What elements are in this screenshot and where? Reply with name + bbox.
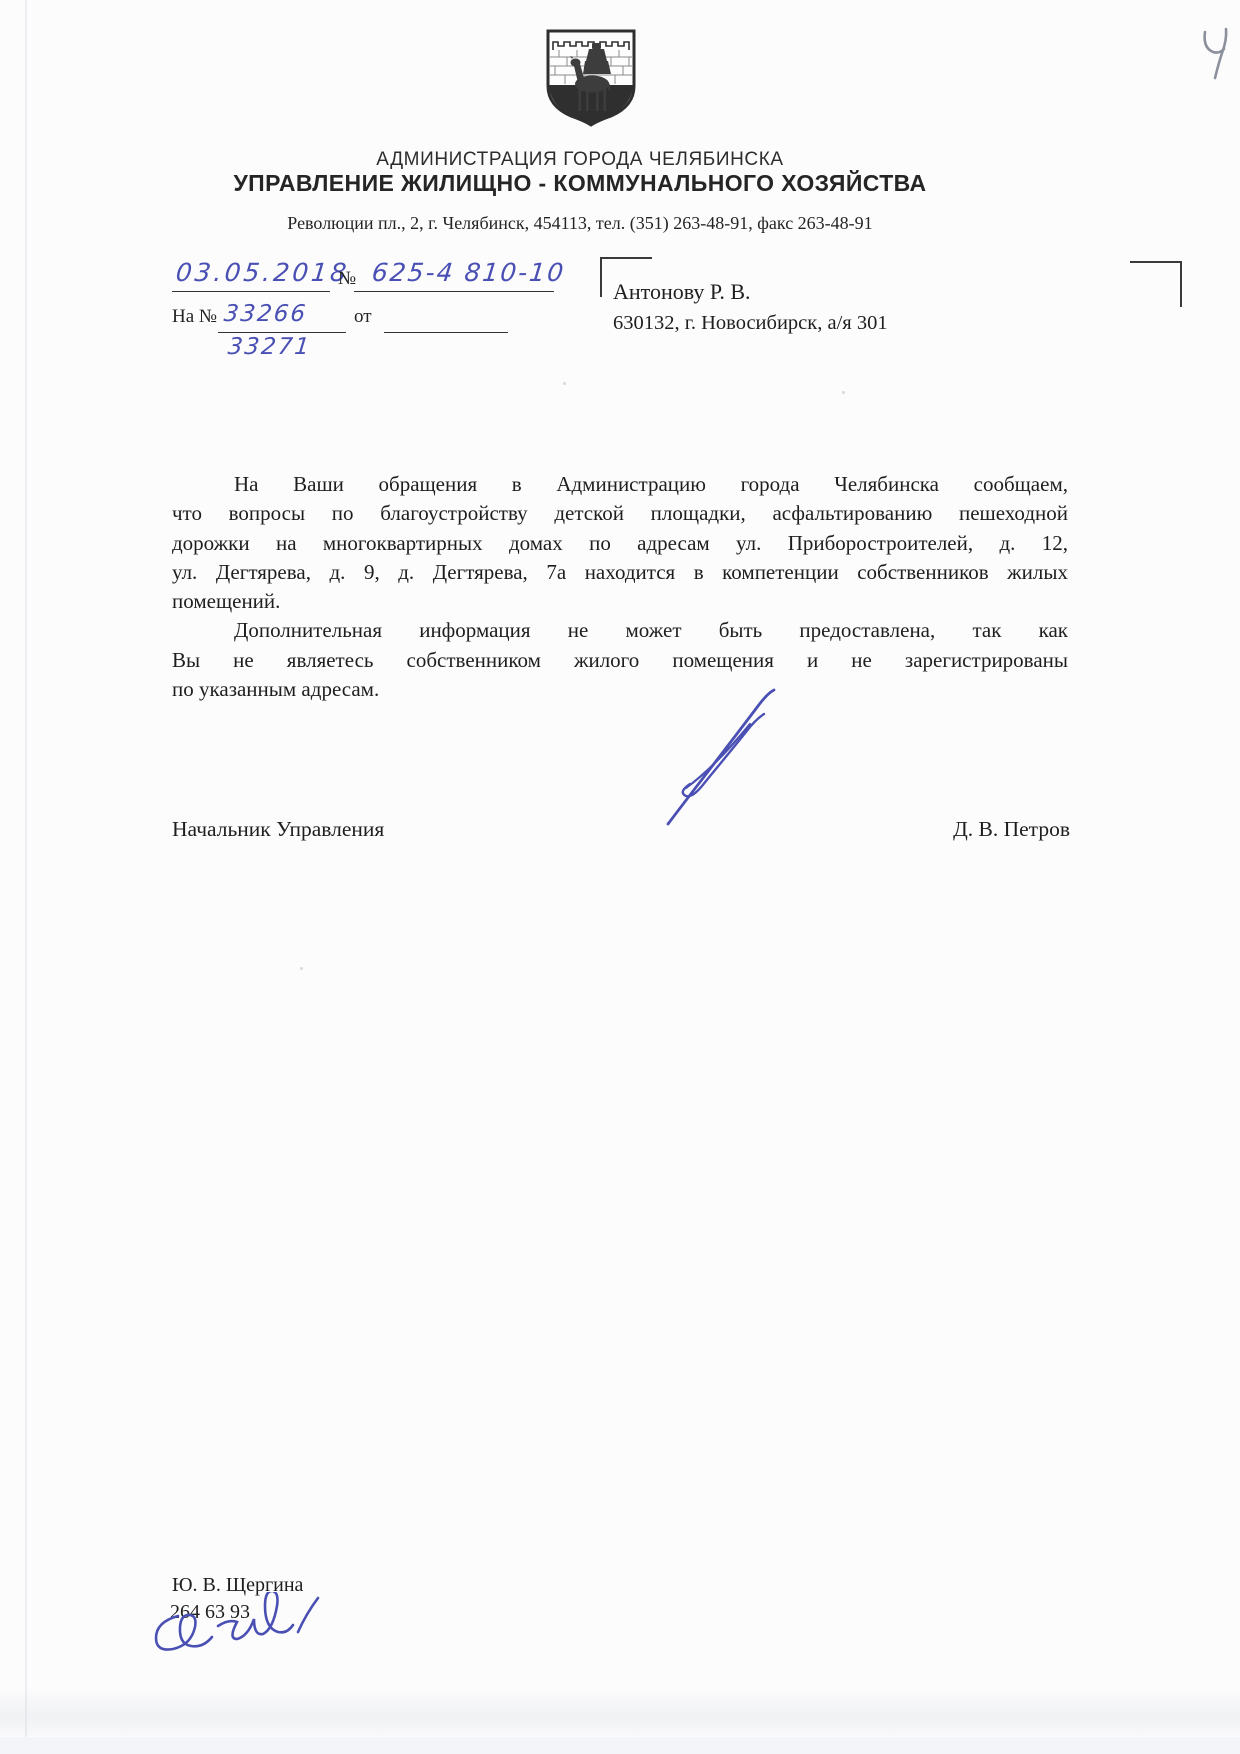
body-line: На Ваши обращения в Администрацию города… xyxy=(172,470,1068,499)
body-line: помещений. xyxy=(172,587,1068,616)
handwritten-reply-number: 33266 xyxy=(223,301,309,327)
reply-to-label: На № xyxy=(172,306,217,328)
recipient-name: Антонову Р. В. xyxy=(613,279,751,305)
body-line: Вы не являетесь собственником жилого пом… xyxy=(172,646,1068,675)
body-line: по указанным адресам. xyxy=(172,675,1068,704)
org-name-line2: УПРАВЛЕНИЕ ЖИЛИЩНО - КОММУНАЛЬНОГО ХОЗЯЙ… xyxy=(0,170,1160,197)
scan-speck xyxy=(842,391,845,394)
body-line: что вопросы по благоустройству детской п… xyxy=(172,499,1068,528)
director-signature-ink xyxy=(652,688,822,833)
body-line: дорожки на многоквартирных домах по адре… xyxy=(172,529,1068,558)
reply-number-underline xyxy=(218,332,346,333)
body-line: ул. Дегтярева, д. 9, д. Дегтярева, 7а на… xyxy=(172,558,1068,587)
scan-speck xyxy=(300,967,303,970)
recipient-address: 630132, г. Новосибирск, а/я 301 xyxy=(613,312,888,335)
signer-position: Начальник Управления xyxy=(172,817,384,842)
body-line: Дополнительная информация не может быть … xyxy=(172,616,1068,645)
handwritten-page-number xyxy=(1196,26,1234,87)
from-date-underline xyxy=(384,332,508,333)
signer-name: Д. В. Петров xyxy=(930,817,1070,842)
scan-noise-band xyxy=(0,1688,1240,1736)
scanned-letter-page: АДМИНИСТРАЦИЯ ГОРОДА ЧЕЛЯБИНСКА УПРАВЛЕН… xyxy=(0,0,1240,1754)
scan-bottom-strip xyxy=(0,1737,1240,1754)
scan-speck xyxy=(563,382,566,385)
chelyabinsk-coat-of-arms-icon xyxy=(545,28,637,133)
number-sign-label: № xyxy=(338,268,356,290)
number-underline xyxy=(354,291,554,292)
date-underline xyxy=(172,291,330,292)
address-corner-mark-right xyxy=(1130,261,1182,307)
scan-edge-line xyxy=(25,0,27,1754)
letter-body: На Ваши обращения в Администрацию города… xyxy=(172,470,1068,704)
executor-signature-ink xyxy=(148,1592,358,1681)
handwritten-outgoing-number: 625-4 810-10 xyxy=(370,258,566,287)
handwritten-date: 03.05.2018 xyxy=(174,258,350,287)
handwritten-reply-number-2: 33271 xyxy=(227,334,313,360)
org-name-line1: АДМИНИСТРАЦИЯ ГОРОДА ЧЕЛЯБИНСКА xyxy=(0,149,1160,171)
org-address-line: Революции пл., 2, г. Челябинск, 454113, … xyxy=(0,213,1160,234)
from-label: от xyxy=(354,306,372,328)
